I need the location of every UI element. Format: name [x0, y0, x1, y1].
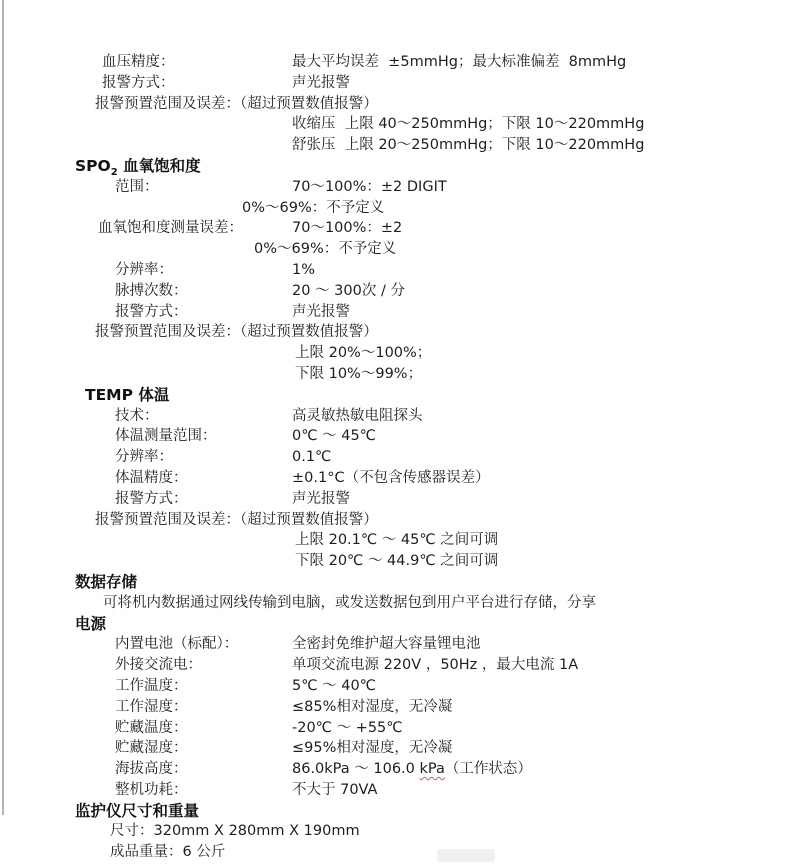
- spec-label: 报警方式：: [102, 73, 175, 94]
- spec-value: 20 ～ 300次 / 分: [292, 281, 405, 302]
- spec-label: 报警预置范围及误差：（超过预置数值报警）: [95, 510, 378, 531]
- spec-label: 血氧饱和度测量误差：: [98, 218, 243, 239]
- spec-value: ≤85%相对湿度，无冷凝: [292, 697, 452, 718]
- spec-row-temp-resolution: 分辨率： 0.1℃: [0, 447, 797, 468]
- spec-value: 单项交流电源 220V ，50Hz ，最大电流 1A: [292, 655, 578, 676]
- section-heading-spo2: SPO2 血氧饱和度: [0, 156, 797, 177]
- spec-row-temp-alarm-mode: 报警方式： 声光报警: [0, 489, 797, 510]
- spec-row-temp-technology: 技术： 高灵敏热敏电阻探头: [0, 406, 797, 427]
- spec-row-operating-temp: 工作温度： 5℃ ～ 40℃: [0, 676, 797, 697]
- spec-subvalue: 上限 20%～100%；: [295, 343, 431, 364]
- spec-document-page: 血压精度： 最大平均误差 ±5mmHg；最大标准偏差 8mmHg 报警方式： 声…: [0, 0, 797, 867]
- spec-subrow-systolic: 收缩压 上限 40～250mmHg；下限 10～220mmHg: [0, 114, 797, 135]
- spec-label: 贮藏温度：: [115, 718, 188, 739]
- spec-subrow-spo2-upper-limit: 上限 20%～100%；: [0, 343, 797, 364]
- spec-subvalue: 收缩压 上限 40～250mmHg；下限 10～220mmHg: [292, 114, 644, 135]
- spec-value: 全密封免维护超大容量锂电池: [292, 634, 481, 655]
- section-heading-data-storage: 数据存储: [0, 572, 797, 593]
- spec-value: 1%: [292, 260, 315, 281]
- spec-label: 整机功耗：: [115, 780, 188, 801]
- spec-value: 声光报警: [292, 302, 350, 323]
- spec-label: 报警预置范围及误差：（超过预置数值报警）: [95, 322, 378, 343]
- spec-label: 报警方式：: [115, 302, 188, 323]
- spec-label: 报警方式：: [115, 489, 188, 510]
- spec-row-bp-alarm-preset: 报警预置范围及误差：（超过预置数值报警）: [0, 94, 797, 115]
- spec-subrow-temp-lower-limit: 下限 20℃ ～ 44.9℃ 之间可调: [0, 551, 797, 572]
- spec-row-internal-battery: 内置电池（标配）： 全密封免维护超大容量锂电池: [0, 634, 797, 655]
- spec-subvalue: 上限 20.1℃ ～ 45℃ 之间可调: [295, 530, 498, 551]
- spec-row-storage-humidity: 贮藏湿度： ≤95%相对湿度，无冷凝: [0, 738, 797, 759]
- spec-subvalue: 舒张压 上限 20～250mmHg；下限 10～220mmHg: [292, 135, 644, 156]
- paragraph-text: 可将机内数据通过网线传输到电脑，或发送数据包到用户平台进行存储，分享: [103, 593, 596, 614]
- spec-row-bp-accuracy: 血压精度： 最大平均误差 ±5mmHg；最大标准偏差 8mmHg: [0, 52, 797, 73]
- heading-suffix: 血氧饱和度: [118, 157, 201, 175]
- spec-value: 0.1℃: [292, 447, 331, 468]
- section-heading-text: SPO2 血氧饱和度: [75, 156, 201, 178]
- spec-row-spo2-alarm-mode: 报警方式： 声光报警: [0, 302, 797, 323]
- spec-label: 工作湿度：: [115, 697, 188, 718]
- spec-value: ≤95%相对湿度，无冷凝: [292, 738, 452, 759]
- section-heading-text: 电源: [75, 614, 106, 635]
- value-text: 86.0kPa ～ 106.0: [292, 761, 420, 777]
- spec-row-ac-power: 外接交流电： 单项交流电源 220V ，50Hz ，最大电流 1A: [0, 655, 797, 676]
- paragraph-data-storage: 可将机内数据通过网线传输到电脑，或发送数据包到用户平台进行存储，分享: [0, 593, 797, 614]
- section-heading-text: 监护仪尺寸和重量: [75, 801, 199, 822]
- spec-row-spo2-alarm-preset: 报警预置范围及误差：（超过预置数值报警）: [0, 322, 797, 343]
- spec-label: 技术：: [115, 406, 159, 427]
- spec-subrow-diastolic: 舒张压 上限 20～250mmHg；下限 10～220mmHg: [0, 135, 797, 156]
- paragraph-text: 尺寸：320mm X 280mm X 190mm: [110, 821, 360, 842]
- spec-row-storage-temp: 贮藏温度： -20℃ ～ +55℃: [0, 718, 797, 739]
- spec-row-spo2-range: 范围： 70～100%：±2 DIGIT: [0, 177, 797, 198]
- spec-row-bp-alarm-mode: 报警方式： 声光报警: [0, 73, 797, 94]
- spec-row-operating-humidity: 工作湿度： ≤85%相对湿度，无冷凝: [0, 697, 797, 718]
- section-heading-temp: TEMP 体温: [0, 385, 797, 406]
- spec-row-pulse-rate: 脉搏次数： 20 ～ 300次 / 分: [0, 281, 797, 302]
- spec-content: 血压精度： 最大平均误差 ±5mmHg；最大标准偏差 8mmHg 报警方式： 声…: [0, 52, 797, 863]
- spec-label: 内置电池（标配）：: [115, 634, 238, 655]
- spec-label: 脉搏次数：: [115, 281, 188, 302]
- spec-value: 70～100%：±2 DIGIT: [292, 177, 447, 198]
- spec-subrow-spo2-undefined-2: 0%～69%：不予定义: [0, 239, 797, 260]
- spec-label: 工作温度：: [115, 676, 188, 697]
- spec-row-temp-alarm-preset: 报警预置范围及误差：（超过预置数值报警）: [0, 510, 797, 531]
- spec-label: 海拔高度：: [115, 759, 188, 780]
- spec-label: 体温测量范围：: [115, 426, 217, 447]
- spec-label: 体温精度：: [115, 468, 188, 489]
- spec-label: 分辨率：: [115, 260, 173, 281]
- spec-label: 分辨率：: [115, 447, 173, 468]
- paragraph-dimensions: 尺寸：320mm X 280mm X 190mm: [0, 821, 797, 842]
- spec-label: 贮藏湿度：: [115, 738, 188, 759]
- spec-value: 70～100%：±2: [292, 218, 402, 239]
- spec-row-spo2-error: 血氧饱和度测量误差： 70～100%：±2: [0, 218, 797, 239]
- spec-row-spo2-resolution: 分辨率： 1%: [0, 260, 797, 281]
- paragraph-weight: 成品重量：6 公斤: [0, 842, 797, 863]
- heading-prefix: SPO: [75, 157, 111, 175]
- spec-label: 报警预置范围及误差：（超过预置数值报警）: [95, 94, 378, 115]
- section-heading-text: TEMP 体温: [85, 385, 169, 406]
- spec-value: 最大平均误差 ±5mmHg；最大标准偏差 8mmHg: [292, 52, 626, 73]
- spec-label: 范围：: [115, 177, 159, 198]
- spec-row-temp-range: 体温测量范围： 0℃ ～ 45℃: [0, 426, 797, 447]
- spec-value: -20℃ ～ +55℃: [292, 718, 403, 739]
- spec-value: ±0.1°C（不包含传感器误差）: [292, 468, 490, 489]
- spec-label: 血压精度：: [102, 52, 175, 73]
- spec-row-altitude: 海拔高度： 86.0kPa ～ 106.0 kPa（工作状态）: [0, 759, 797, 780]
- spec-subrow-temp-upper-limit: 上限 20.1℃ ～ 45℃ 之间可调: [0, 530, 797, 551]
- spellcheck-underline-kpa: kPa: [420, 761, 445, 777]
- spec-subvalue: 下限 20℃ ～ 44.9℃ 之间可调: [295, 551, 498, 572]
- spec-subvalue: 0%～69%：不予定义: [242, 198, 384, 219]
- spec-label: 外接交流电：: [115, 655, 202, 676]
- value-text: （工作状态）: [445, 761, 532, 777]
- section-heading-power: 电源: [0, 614, 797, 635]
- spec-value: 86.0kPa ～ 106.0 kPa（工作状态）: [292, 759, 532, 780]
- spec-value: 高灵敏热敏电阻探头: [292, 406, 423, 427]
- spec-row-power-consumption: 整机功耗： 不大于 70VA: [0, 780, 797, 801]
- spec-value: 5℃ ～ 40℃: [292, 676, 376, 697]
- section-heading-text: 数据存储: [75, 572, 137, 593]
- spec-value: 不大于 70VA: [292, 780, 377, 801]
- section-heading-size-weight: 监护仪尺寸和重量: [0, 801, 797, 822]
- spec-subvalue: 0%～69%：不予定义: [254, 239, 396, 260]
- spec-row-temp-accuracy: 体温精度： ±0.1°C（不包含传感器误差）: [0, 468, 797, 489]
- spec-value: 声光报警: [292, 73, 350, 94]
- spec-subrow-spo2-undefined-1: 0%～69%：不予定义: [0, 198, 797, 219]
- paragraph-text: 成品重量：6 公斤: [110, 842, 225, 863]
- spec-value: 0℃ ～ 45℃: [292, 426, 376, 447]
- spec-subvalue: 下限 10%～99%；: [295, 364, 422, 385]
- spec-subrow-spo2-lower-limit: 下限 10%～99%；: [0, 364, 797, 385]
- spec-value: 声光报警: [292, 489, 350, 510]
